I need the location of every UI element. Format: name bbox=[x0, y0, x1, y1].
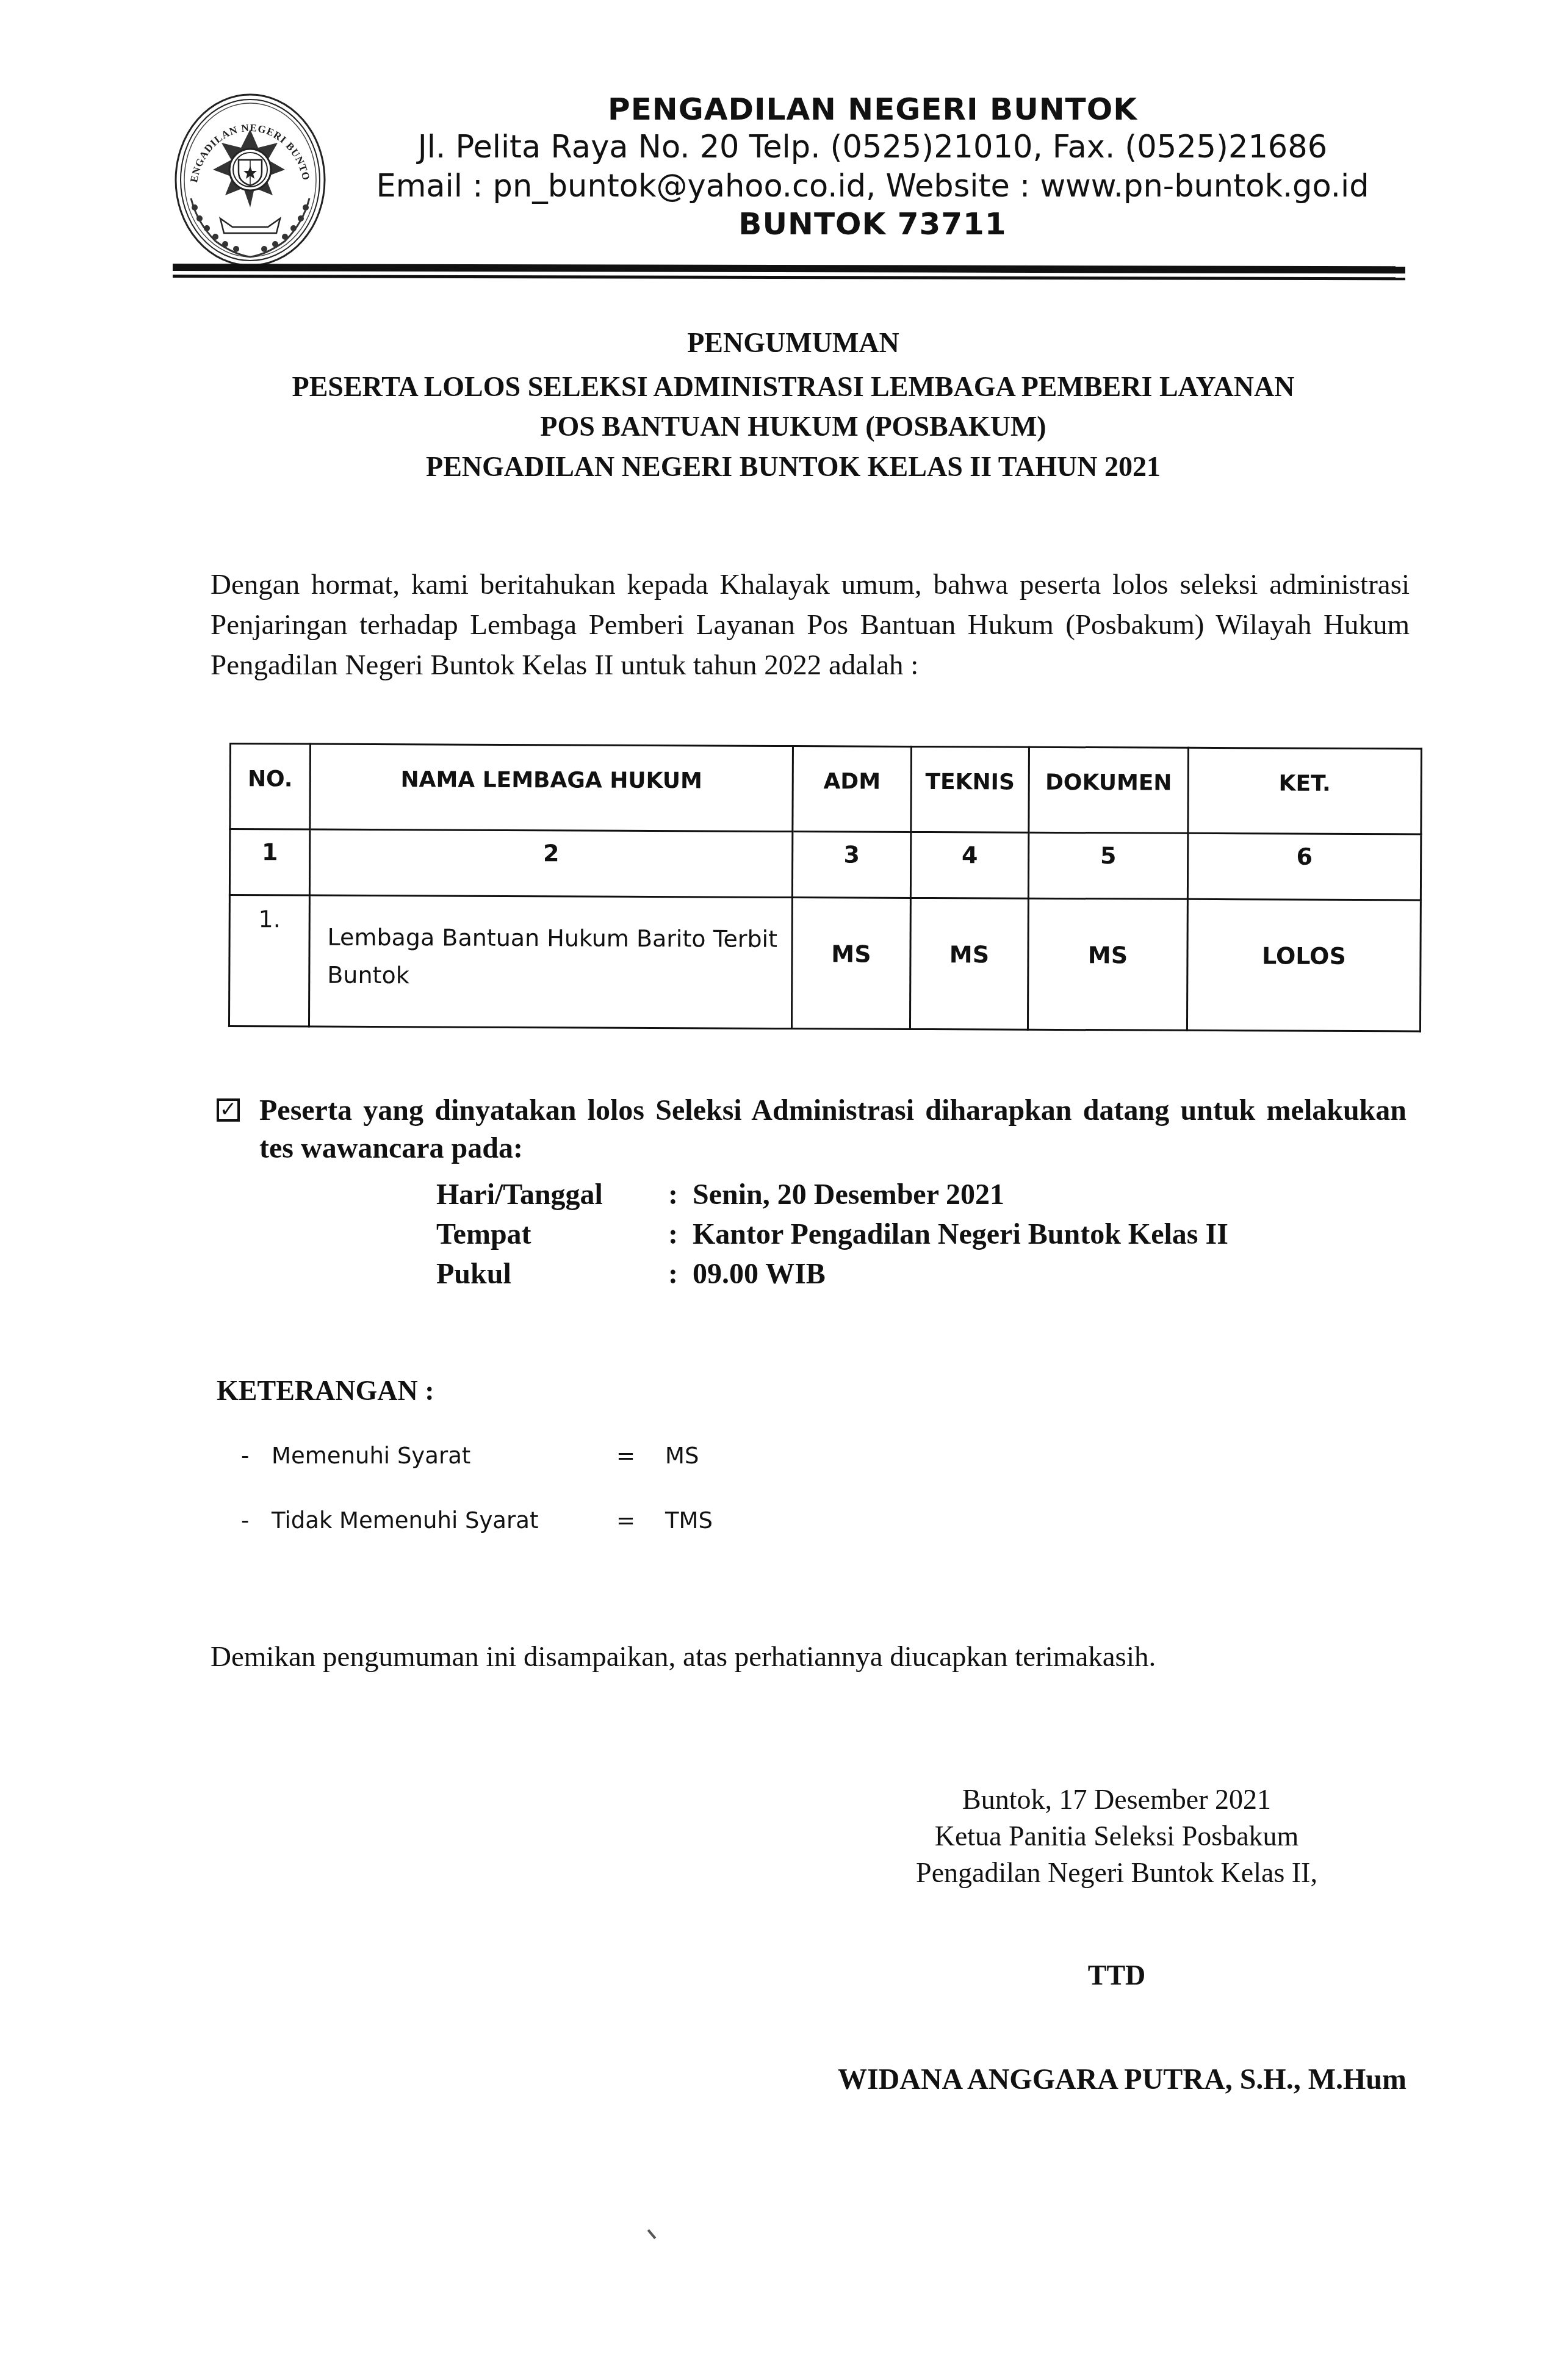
column-header-dokumen: DOKUMEN bbox=[1029, 747, 1189, 833]
announcement-title-line: PENGADILAN NEGERI BUNTOK KELAS II TAHUN … bbox=[183, 450, 1403, 483]
institution-address: Jl. Pelita Raya No. 20 Telp. (0525)21010… bbox=[342, 129, 1403, 165]
column-number: 1 bbox=[229, 829, 309, 896]
column-header-nama: NAMA LEMBAGA HUKUM bbox=[310, 744, 793, 831]
column-header-teknis: TEKNIS bbox=[911, 746, 1029, 832]
legend-code: TMS bbox=[665, 1507, 713, 1534]
schedule-label: Pukul bbox=[436, 1257, 668, 1291]
legend-bullet: - bbox=[241, 1507, 272, 1534]
institution-name-cell: Lembaga Bantuan Hukum Barito Terbit Bunt… bbox=[309, 895, 792, 1028]
dokumen-status: MS bbox=[1028, 898, 1187, 1030]
court-emblem-icon: PENGADILAN NEGERI BUNTOK bbox=[173, 92, 328, 269]
schedule-label: Hari/Tanggal bbox=[436, 1178, 668, 1211]
column-header-no: NO. bbox=[230, 744, 311, 830]
legend-item: -Tidak Memenuhi Syarat=TMS bbox=[241, 1507, 713, 1534]
institution-contact: Email : pn_buntok@yahoo.co.id, Website :… bbox=[342, 168, 1403, 204]
legend-item: -Memenuhi Syarat=MS bbox=[241, 1443, 699, 1469]
column-number: 3 bbox=[792, 832, 910, 898]
checkbox-checked-icon: ✓ bbox=[217, 1098, 240, 1122]
announcement-heading: PENGUMUMAN bbox=[183, 326, 1403, 359]
letterhead-divider-thick bbox=[173, 264, 1405, 273]
schedule-separator: : bbox=[668, 1217, 693, 1251]
adm-status: MS bbox=[791, 898, 910, 1030]
column-number: 5 bbox=[1028, 832, 1187, 899]
table-row: 1. Lembaga Bantuan Hukum Barito Terbit B… bbox=[229, 895, 1421, 1032]
interview-notice: Peserta yang dinyatakan lolos Seleksi Ad… bbox=[259, 1092, 1407, 1167]
column-header-adm: ADM bbox=[793, 746, 912, 832]
legend-equals: = bbox=[616, 1507, 665, 1534]
schedule-separator: : bbox=[668, 1178, 693, 1211]
teknis-status: MS bbox=[910, 898, 1028, 1030]
column-number: 2 bbox=[309, 829, 792, 897]
letterhead-divider-thin bbox=[173, 275, 1405, 280]
legend-label: Tidak Memenuhi Syarat bbox=[272, 1507, 616, 1534]
intro-paragraph: Dengan hormat, kami beritahukan kepada K… bbox=[211, 564, 1410, 685]
announcement-title-line: POS BANTUAN HUKUM (POSBAKUM) bbox=[183, 410, 1403, 442]
announcement-title-line: PESERTA LOLOS SELEKSI ADMINISTRASI LEMBA… bbox=[183, 370, 1403, 403]
results-table: NO. NAMA LEMBAGA HUKUM ADM TEKNIS DOKUME… bbox=[228, 743, 1422, 1033]
schedule-label: Tempat bbox=[436, 1217, 668, 1251]
signer-name: WIDANA ANGGARA PUTRA, S.H., M.Hum bbox=[805, 2063, 1407, 2096]
legend-label: Memenuhi Syarat bbox=[272, 1443, 616, 1469]
schedule-value: 09.00 WIB bbox=[693, 1258, 826, 1290]
institution-city-postcode: BUNTOK 73711 bbox=[342, 206, 1403, 242]
signature-position: Ketua Panitia Seleksi Posbakum bbox=[854, 1820, 1379, 1852]
legend-equals: = bbox=[616, 1443, 665, 1469]
column-number: 4 bbox=[910, 832, 1028, 898]
schedule-row-time: Pukul:09.00 WIB bbox=[436, 1257, 826, 1291]
signature-ttd-mark: TTD bbox=[854, 1959, 1379, 1991]
closing-statement: Demikan pengumuman ini disampaikan, atas… bbox=[211, 1640, 1156, 1673]
schedule-value: Senin, 20 Desember 2021 bbox=[693, 1178, 1004, 1211]
column-number: 6 bbox=[1187, 833, 1421, 900]
column-number-row: 1 2 3 4 5 6 bbox=[229, 829, 1421, 901]
legend-title: KETERANGAN : bbox=[217, 1374, 434, 1407]
schedule-value: Kantor Pengadilan Negeri Buntok Kelas II bbox=[693, 1218, 1228, 1250]
schedule-separator: : bbox=[668, 1257, 693, 1291]
row-number: 1. bbox=[229, 895, 309, 1027]
column-header-ket: KET. bbox=[1188, 748, 1422, 834]
schedule-row-place: Tempat:Kantor Pengadilan Negeri Buntok K… bbox=[436, 1217, 1228, 1251]
legend-bullet: - bbox=[241, 1443, 272, 1469]
signature-place-date: Buntok, 17 Desember 2021 bbox=[854, 1783, 1379, 1816]
legend-code: MS bbox=[665, 1443, 699, 1469]
result-status: LOLOS bbox=[1187, 899, 1421, 1031]
table-header-row: NO. NAMA LEMBAGA HUKUM ADM TEKNIS DOKUME… bbox=[230, 744, 1422, 835]
signature-institution: Pengadilan Negeri Buntok Kelas II, bbox=[854, 1856, 1379, 1889]
schedule-row-date: Hari/Tanggal:Senin, 20 Desember 2021 bbox=[436, 1178, 1004, 1211]
court-seal-logo: PENGADILAN NEGERI BUNTOK bbox=[173, 92, 328, 269]
institution-name: PENGADILAN NEGERI BUNTOK bbox=[342, 92, 1403, 127]
scan-speck bbox=[647, 2229, 657, 2239]
